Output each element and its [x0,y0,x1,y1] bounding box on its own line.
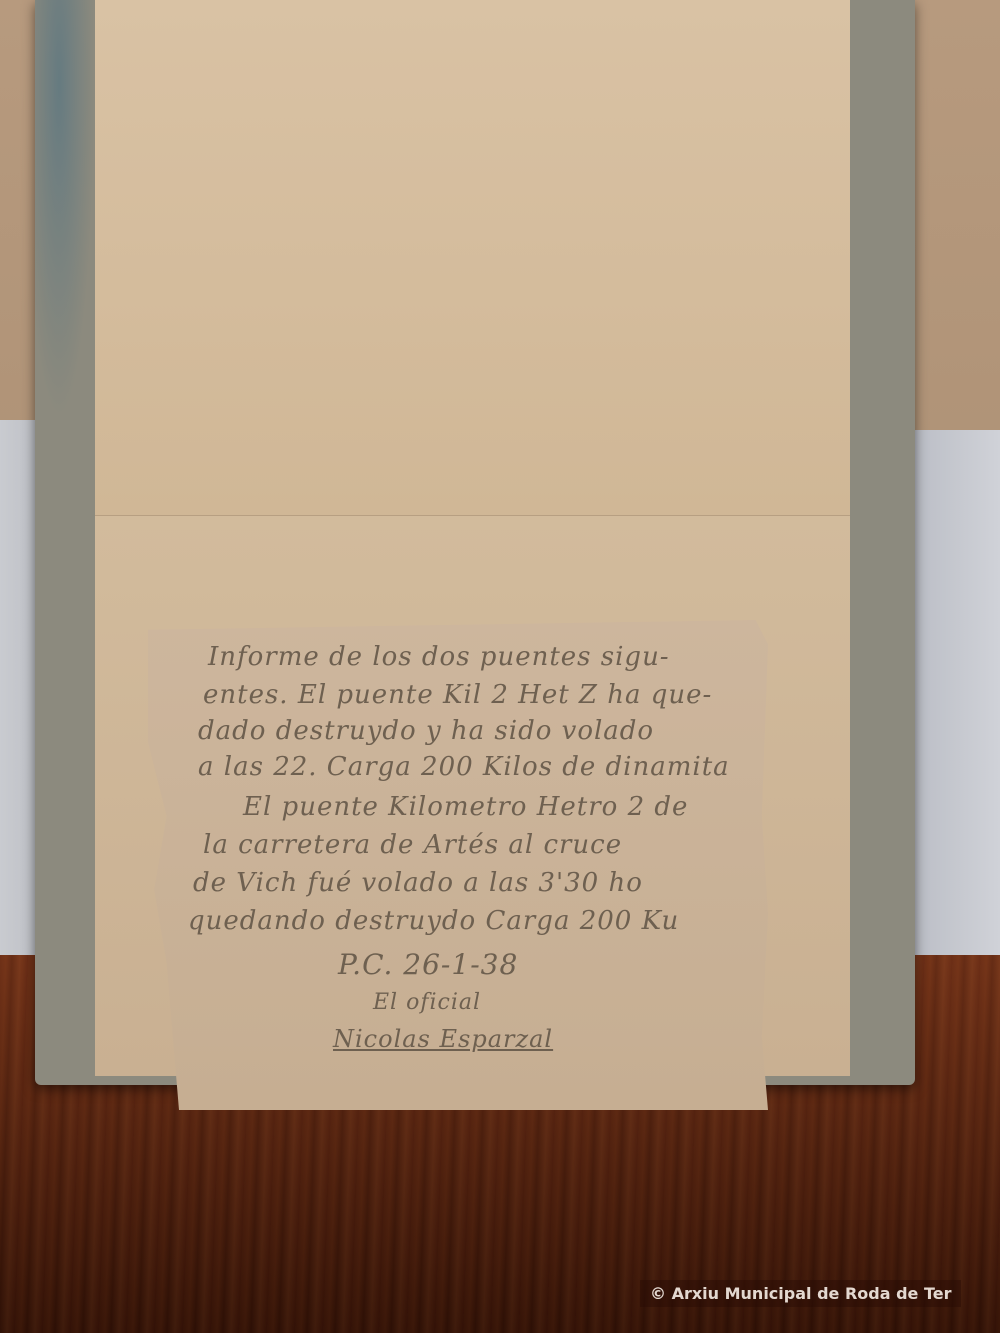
signature-name: Nicolas Esparzal [333,1025,553,1053]
copyright-caption: © Arxiu Municipal de Roda de Ter [640,1280,961,1307]
note-line: quedando destruydo Carga 200 Ku [188,906,679,936]
signature-title: El oficial [373,990,481,1015]
archive-box-right [905,430,1000,960]
folded-paper-upper [95,0,850,515]
note-line: dado destruydo y ha sido volado [198,716,654,746]
note-line: entes. El puente Kil 2 Het Z ha que- [203,680,712,710]
note-line: El puente Kilometro Hetro 2 de [243,792,688,822]
note-line: Informe de los dos puentes sigu- [208,642,670,672]
note-line: de Vich fué volado a las 3'30 ho [193,868,643,898]
note-line: la carretera de Artés al cruce [203,830,622,860]
note-line: a las 22. Carga 200 Kilos de dinamita [198,752,730,782]
handwritten-note: Informe de los dos puentes sigu- entes. … [148,620,768,1110]
blue-stain [35,0,95,420]
note-date: P.C. 26-1-38 [338,948,518,981]
